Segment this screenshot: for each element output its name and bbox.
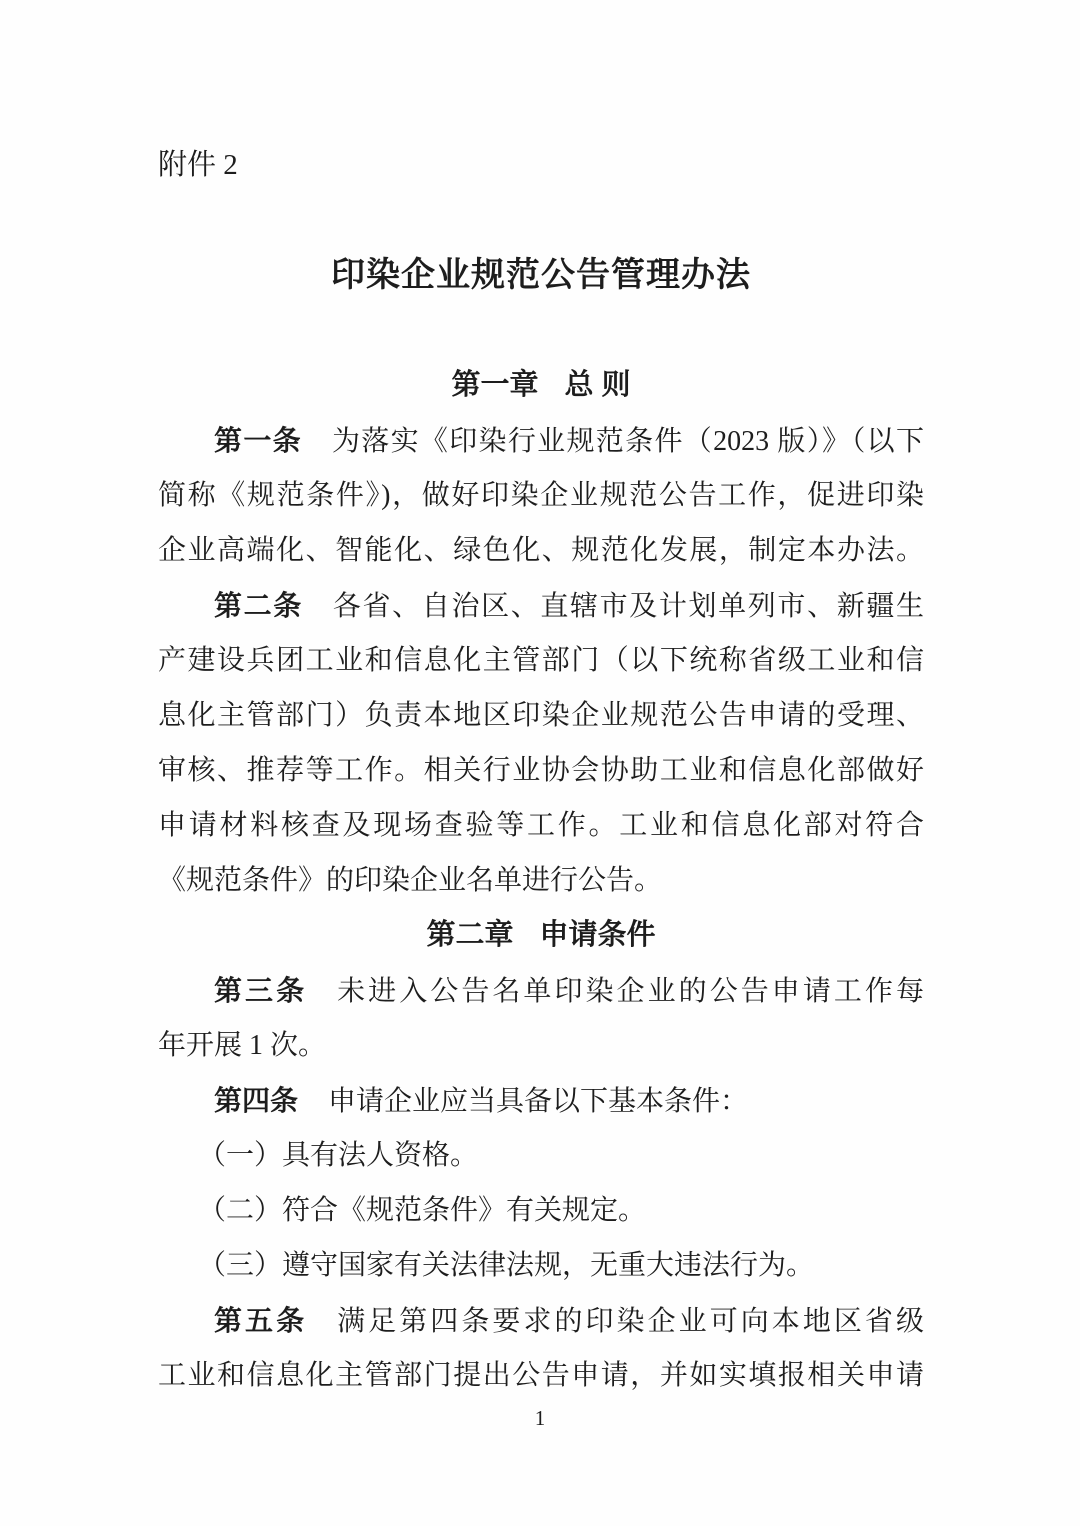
line-text: 审核、推荐等工作。相关行业协会协助工业和信息化部做好 <box>158 755 924 786</box>
chapter-2-title: 申请条件 <box>540 919 656 951</box>
body-line: 息化主管部门）负责本地区印染企业规范公告申请的受理、 <box>158 688 924 743</box>
line-text: 企业高端化、智能化、绿色化、规范化发展，制定本办法。 <box>158 535 924 566</box>
body-line: 企业高端化、智能化、绿色化、规范化发展，制定本办法。 <box>158 523 924 578</box>
line-text: 申请企业应当具备以下基本条件： <box>328 1086 748 1117</box>
line-text: （二）符合《规范条件》有关规定。 <box>198 1195 646 1226</box>
article-5-label: 第五条 <box>214 1305 307 1336</box>
line-text: 各省、自治区、直辖市及计划单列市、新疆生 <box>333 591 924 622</box>
document-title: 印染企业规范公告管理办法 <box>158 248 924 303</box>
line-text: 申请材料核查及现场查验等工作。工业和信息化部对符合 <box>158 810 924 841</box>
article-4-label: 第四条 <box>214 1085 298 1116</box>
line-text: 工业和信息化主管部门提出公告申请，并如实填报相关申请 <box>158 1360 924 1391</box>
chapter-2-heading: 第二章申请条件 <box>158 908 924 963</box>
line-text: 《规范条件》的印染企业名单进行公告。 <box>158 865 662 896</box>
line-text: （一）具有法人资格。 <box>198 1140 478 1171</box>
body-line: 简称《规范条件》)，做好印染企业规范公告工作，促进印染 <box>158 468 924 523</box>
document-page: 附件 2 印染企业规范公告管理办法 第一章总 则 第一条为落实《印染行业规范条件… <box>0 0 1080 1526</box>
body-line-article-2: 第二条各省、自治区、直辖市及计划单列市、新疆生 <box>158 578 924 633</box>
spacer-line <box>158 303 924 358</box>
body-line-article-1: 第一条为落实《印染行业规范条件（2023 版）》（以下 <box>158 413 924 468</box>
spacer-line <box>158 193 924 248</box>
line-text: （三）遵守国家有关法律法规，无重大违法行为。 <box>198 1250 814 1281</box>
body-line: 《规范条件》的印染企业名单进行公告。 <box>158 853 924 908</box>
chapter-1-title: 总 则 <box>564 369 630 401</box>
line-text: 年开展 1 次。 <box>158 1030 326 1061</box>
body-line-article-5: 第五条满足第四条要求的印染企业可向本地区省级 <box>158 1293 924 1348</box>
body-line: 产建设兵团工业和信息化主管部门（以下统称省级工业和信 <box>158 633 924 688</box>
line-text: 未进入公告名单印染企业的公告申请工作每 <box>337 976 924 1007</box>
body-line-article-4: 第四条申请企业应当具备以下基本条件： <box>158 1073 924 1128</box>
chapter-1-heading: 第一章总 则 <box>158 358 924 413</box>
article-2-label: 第二条 <box>214 590 303 621</box>
body-line: 申请材料核查及现场查验等工作。工业和信息化部对符合 <box>158 798 924 853</box>
body-line-article-3: 第三条未进入公告名单印染企业的公告申请工作每 <box>158 963 924 1018</box>
body-line-item-1: （一）具有法人资格。 <box>158 1128 924 1183</box>
body-line-item-3: （三）遵守国家有关法律法规，无重大违法行为。 <box>158 1238 924 1293</box>
article-3-label: 第三条 <box>214 975 307 1006</box>
chapter-2-number: 第二章 <box>426 919 513 951</box>
line-text: 息化主管部门）负责本地区印染企业规范公告申请的受理、 <box>158 700 924 731</box>
body-line: 审核、推荐等工作。相关行业协会协助工业和信息化部做好 <box>158 743 924 798</box>
line-text: 为落实《印染行业规范条件（2023 版）》（以下 <box>332 426 924 457</box>
attachment-label: 附件 2 <box>158 138 924 193</box>
body-line: 年开展 1 次。 <box>158 1018 924 1073</box>
line-text: 满足第四条要求的印染企业可向本地区省级 <box>337 1306 924 1337</box>
line-text: 简称《规范条件》)，做好印染企业规范公告工作，促进印染 <box>158 480 924 511</box>
article-1-label: 第一条 <box>214 425 302 456</box>
body-line-item-2: （二）符合《规范条件》有关规定。 <box>158 1183 924 1238</box>
page-number: 1 <box>0 1403 1080 1433</box>
body-line: 工业和信息化主管部门提出公告申请，并如实填报相关申请 <box>158 1348 924 1403</box>
line-text: 产建设兵团工业和信息化主管部门（以下统称省级工业和信 <box>158 645 924 676</box>
chapter-1-number: 第一章 <box>451 369 538 401</box>
document-body: 附件 2 印染企业规范公告管理办法 第一章总 则 第一条为落实《印染行业规范条件… <box>158 138 924 1403</box>
